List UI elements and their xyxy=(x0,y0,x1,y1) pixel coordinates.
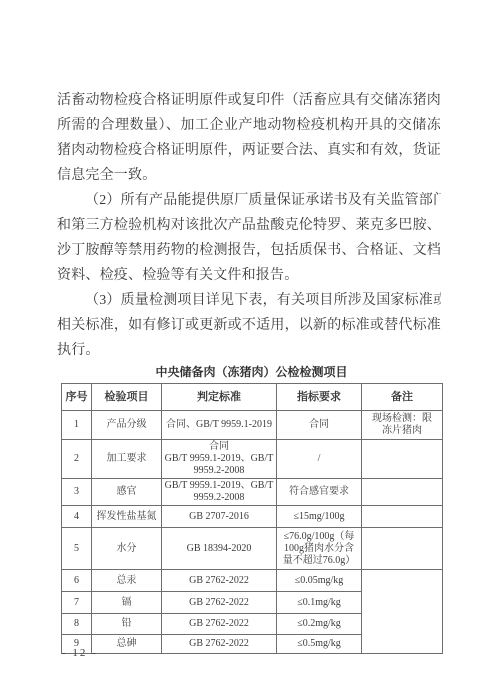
cell-standard: GB 18394-2020 xyxy=(162,528,277,570)
cell-item: 水分 xyxy=(92,528,162,570)
cell-no: 4 xyxy=(62,506,92,528)
body-text-line: 和第三方检验机构对该批次产品盐酸克伦特罗、莱克多巴胺、 xyxy=(57,213,441,238)
col-header-item: 检验项目 xyxy=(92,384,162,411)
cell-item: 挥发性盐基氮 xyxy=(92,506,162,528)
cell-standard: GB 2762-2022 xyxy=(162,592,277,614)
cell-note xyxy=(362,506,443,528)
standard-line: GB/T 9959.1-2019、GB/T xyxy=(164,453,274,465)
cell-item: 总砷 xyxy=(92,635,162,654)
cell-no: 7 xyxy=(62,592,92,614)
page-number: - 12 - xyxy=(62,647,98,659)
body-text-line: 所需的合理数量）、加工企业产地动物检疫机构开具的交储冻 xyxy=(57,113,441,138)
table-title: 中央储备肉（冻猪肉）公检检测项目 xyxy=(61,365,442,380)
standard-line: 合同 xyxy=(164,441,274,453)
cell-standard: GB 2762-2022 xyxy=(162,635,277,654)
col-header-note: 备注 xyxy=(362,384,443,411)
cell-item: 产品分级 xyxy=(92,411,162,440)
cell-note xyxy=(362,440,443,479)
col-header-requirement: 指标要求 xyxy=(277,384,362,411)
table-row: 4 挥发性盐基氮 GB 2707-2016 ≤15mg/100g xyxy=(62,506,443,528)
body-text-line: （3）质量检测项目详见下表，有关项目所涉及国家标准或 xyxy=(57,288,441,313)
table-row: 5 水分 GB 18394-2020 ≤76.0g/100g（每 100g猪肉水… xyxy=(62,528,443,570)
paragraph-certificates: 活畜动物检疫合格证明原件或复印件（活畜应具有交储冻猪肉 所需的合理数量）、加工企… xyxy=(57,88,441,188)
cell-no: 5 xyxy=(62,528,92,570)
table-row: 6 总汞 GB 2762-2022 ≤0.05mg/kg xyxy=(62,570,443,592)
body-text-line: 猪肉动物检疫合格证明原件，两证要合法、真实和有效，货证 xyxy=(57,138,441,163)
document-page-content: 活畜动物检疫合格证明原件或复印件（活畜应具有交储冻猪肉 所需的合理数量）、加工企… xyxy=(57,88,441,654)
cell-note xyxy=(362,479,443,506)
body-text-line: 资料、检疫、检验等有关文件和报告。 xyxy=(57,263,441,288)
body-text-line: 沙丁胺醇等禁用药物的检测报告，包括质保书、合格证、文档 xyxy=(57,238,441,263)
paragraph-quality-guarantee: （2）所有产品能提供原厂质量保证承诺书及有关监管部门 和第三方检验机构对该批次产… xyxy=(57,188,441,288)
table-row: 1 产品分级 合同、GB/T 9959.1-2019 合同 现场检测：限 冻片猪… xyxy=(62,411,443,440)
body-text-line: 相关标准，如有修订或更新或不适用，以新的标准或替代标准 xyxy=(57,313,441,338)
cell-requirement: ≤0.2mg/kg xyxy=(277,614,362,635)
note-line: 冻片猪肉 xyxy=(364,425,440,437)
col-header-no: 序号 xyxy=(62,384,92,411)
cell-no: 2 xyxy=(62,440,92,479)
paragraph-test-items-intro: （3）质量检测项目详见下表，有关项目所涉及国家标准或 相关标准，如有修订或更新或… xyxy=(57,288,441,363)
cell-item: 铅 xyxy=(92,614,162,635)
body-text-line: （2）所有产品能提供原厂质量保证承诺书及有关监管部门 xyxy=(57,188,441,213)
inspection-table: 序号 检验项目 判定标准 指标要求 备注 1 产品分级 合同、GB/T 9959… xyxy=(61,383,443,654)
cell-note xyxy=(362,528,443,570)
cell-requirement: ≤15mg/100g xyxy=(277,506,362,528)
cell-requirement: ≤0.05mg/kg xyxy=(277,570,362,592)
body-text-line: 执行。 xyxy=(57,338,441,363)
cell-item: 感官 xyxy=(92,479,162,506)
cell-item: 总汞 xyxy=(92,570,162,592)
standard-line: 9959.2-2008 xyxy=(164,492,274,504)
cell-standard: GB 2762-2022 xyxy=(162,570,277,592)
body-text-line: 信息完全一致。 xyxy=(57,163,441,188)
cell-no: 6 xyxy=(62,570,92,592)
cell-note: 现场检测：限 冻片猪肉 xyxy=(362,411,443,440)
cell-requirement: 合同 xyxy=(277,411,362,440)
cell-standard: 合同、GB/T 9959.1-2019 xyxy=(162,411,277,440)
cell-requirement: ≤76.0g/100g（每 100g猪肉水分含 量不超过76.0g） xyxy=(277,528,362,570)
table-row: 2 加工要求 合同 GB/T 9959.1-2019、GB/T 9959.2-2… xyxy=(62,440,443,479)
cell-standard: GB/T 9959.1-2019、GB/T 9959.2-2008 xyxy=(162,479,277,506)
cell-requirement: ≤0.5mg/kg xyxy=(277,635,362,654)
note-line: 现场检测：限 xyxy=(364,413,440,425)
cell-no: 1 xyxy=(62,411,92,440)
cell-no: 3 xyxy=(62,479,92,506)
body-text-line: 活畜动物检疫合格证明原件或复印件（活畜应具有交储冻猪肉 xyxy=(57,88,441,113)
col-header-standard: 判定标准 xyxy=(162,384,277,411)
cell-requirement: / xyxy=(277,440,362,479)
cell-standard: 合同 GB/T 9959.1-2019、GB/T 9959.2-2008 xyxy=(162,440,277,479)
table-row: 3 感官 GB/T 9959.1-2019、GB/T 9959.2-2008 符… xyxy=(62,479,443,506)
cell-requirement: 符合感官要求 xyxy=(277,479,362,506)
table-header-row: 序号 检验项目 判定标准 指标要求 备注 xyxy=(62,384,443,411)
cell-item: 加工要求 xyxy=(92,440,162,479)
requirement-line: ≤76.0g/100g（每 xyxy=(279,531,359,543)
cell-requirement: ≤0.1mg/kg xyxy=(277,592,362,614)
cell-standard: GB 2762-2022 xyxy=(162,614,277,635)
standard-line: 9959.2-2008 xyxy=(164,465,274,477)
cell-no: 8 xyxy=(62,614,92,635)
standard-line: GB/T 9959.1-2019、GB/T xyxy=(164,480,274,492)
requirement-line: 量不超过76.0g） xyxy=(279,555,359,567)
cell-note-merged xyxy=(362,570,443,654)
cell-standard: GB 2707-2016 xyxy=(162,506,277,528)
cell-item: 镉 xyxy=(92,592,162,614)
requirement-line: 100g猪肉水分含 xyxy=(279,543,359,555)
